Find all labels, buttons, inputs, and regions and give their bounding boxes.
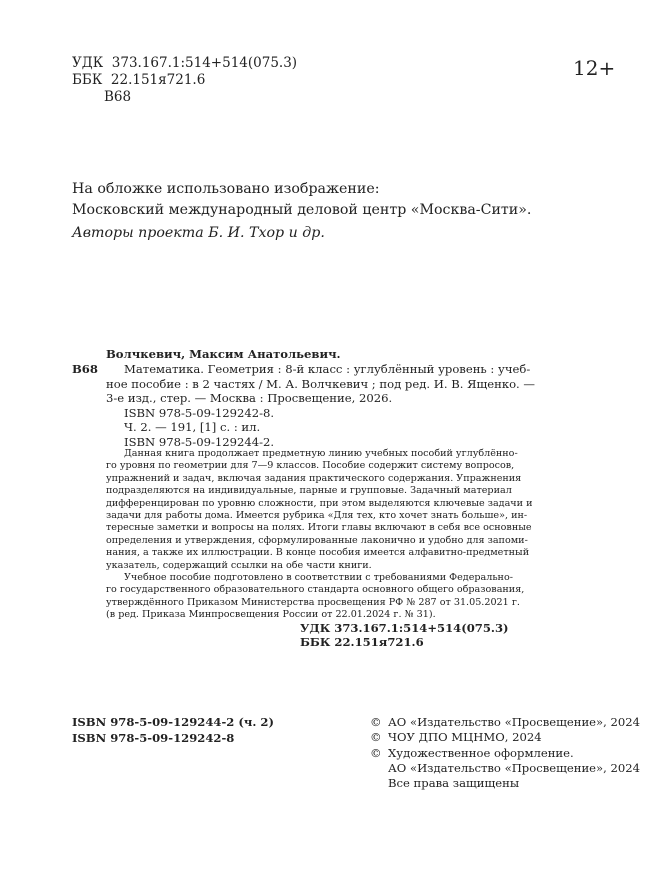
standard-line: утверждённого Приказом Министерства прос…: [106, 597, 500, 609]
cover-note-line1: На обложке использовано изображение:: [72, 179, 380, 200]
bbk-line: ББК 22.151я721.6: [72, 72, 205, 89]
isbn-set: ISBN 978-5-09-129242-8: [72, 731, 274, 747]
card-standard: Учебное пособие подготовлено в соответст…: [106, 572, 500, 622]
annotation-line: указатель, содержащий ссылки на обе част…: [106, 560, 500, 572]
cover-authors: Авторы проекта Б. И. Тхор и др.: [72, 223, 325, 244]
annotation-line: подразделяются на индивидуальные, парные…: [106, 485, 500, 497]
copyright-line: АО «Издательство «Просвещение», 2024: [388, 761, 640, 776]
copyright-line: ЧОУ ДПО МЦНМО, 2024: [388, 730, 542, 745]
card-title: Математика. Геометрия : 8-й класс : углу…: [106, 362, 498, 449]
annotation-line: тересные заметки и вопросы на полях. Ито…: [106, 522, 500, 534]
copyright-block: ©АО «Издательство «Просвещение», 2024 ©Ч…: [370, 715, 640, 791]
bbk-value: 22.151я721.6: [111, 72, 205, 88]
card-isbn-part: ISBN 978-5-09-129244-2.: [106, 435, 498, 450]
card-title-line: Математика. Геометрия : 8-й класс : углу…: [106, 362, 498, 377]
udk-line: УДК 373.167.1:514+514(075.3): [72, 55, 297, 72]
card-annotation: Данная книга продолжает предметную линию…: [106, 448, 500, 572]
annotation-line: задачи для работы дома. Имеется рубрика …: [106, 510, 500, 522]
annotation-line: упражнений и задач, включая задания прак…: [106, 473, 500, 485]
card-author: Волчкевич, Максим Анатольевич.: [106, 347, 341, 362]
annotation-line: дифференцирован по уровню сложности, при…: [106, 498, 500, 510]
card-udk: УДК 373.167.1:514+514(075.3): [300, 621, 509, 635]
cover-note-line2: Московский международный деловой центр «…: [72, 200, 531, 221]
card-part-pages: Ч. 2. — 191, [1] с. : ил.: [106, 420, 498, 435]
udk-value: 373.167.1:514+514(075.3): [112, 55, 297, 71]
copyright-icon: ©: [370, 746, 388, 761]
card-title-line: ное пособие : в 2 частях / М. А. Волчкев…: [106, 377, 498, 392]
author-sign: В68: [104, 89, 131, 106]
card-isbn-set: ISBN 978-5-09-129242-8.: [106, 406, 498, 421]
copyright-line: Художественное оформление.: [388, 746, 574, 761]
udk-label: УДК: [72, 55, 103, 71]
age-rating: 12+: [573, 56, 615, 80]
standard-line: (в ред. Приказа Минпросвещения России от…: [106, 609, 500, 621]
copyright-icon: ©: [370, 730, 388, 745]
isbn-part: ISBN 978-5-09-129244-2 (ч. 2): [72, 715, 274, 731]
card-bbk: ББК 22.151я721.6: [300, 635, 424, 649]
annotation-line: Данная книга продолжает предметную линию…: [106, 448, 500, 460]
copyright-line: АО «Издательство «Просвещение», 2024: [388, 715, 640, 730]
copyright-icon: ©: [370, 715, 388, 730]
standard-line: го государственного образовательного ста…: [106, 584, 500, 596]
card-sign: В68: [72, 362, 98, 377]
annotation-line: нания, а также их иллюстрации. В конце п…: [106, 547, 500, 559]
card-title-line: 3-е изд., стер. — Москва : Просвещение, …: [106, 391, 498, 406]
isbn-footer: ISBN 978-5-09-129244-2 (ч. 2) ISBN 978-5…: [72, 715, 274, 746]
standard-line: Учебное пособие подготовлено в соответст…: [106, 572, 500, 584]
bbk-label: ББК: [72, 72, 102, 88]
rights-reserved: Все права защищены: [388, 776, 519, 791]
annotation-line: определения и утверждения, сформулирован…: [106, 535, 500, 547]
annotation-line: го уровня по геометрии для 7—9 классов. …: [106, 460, 500, 472]
